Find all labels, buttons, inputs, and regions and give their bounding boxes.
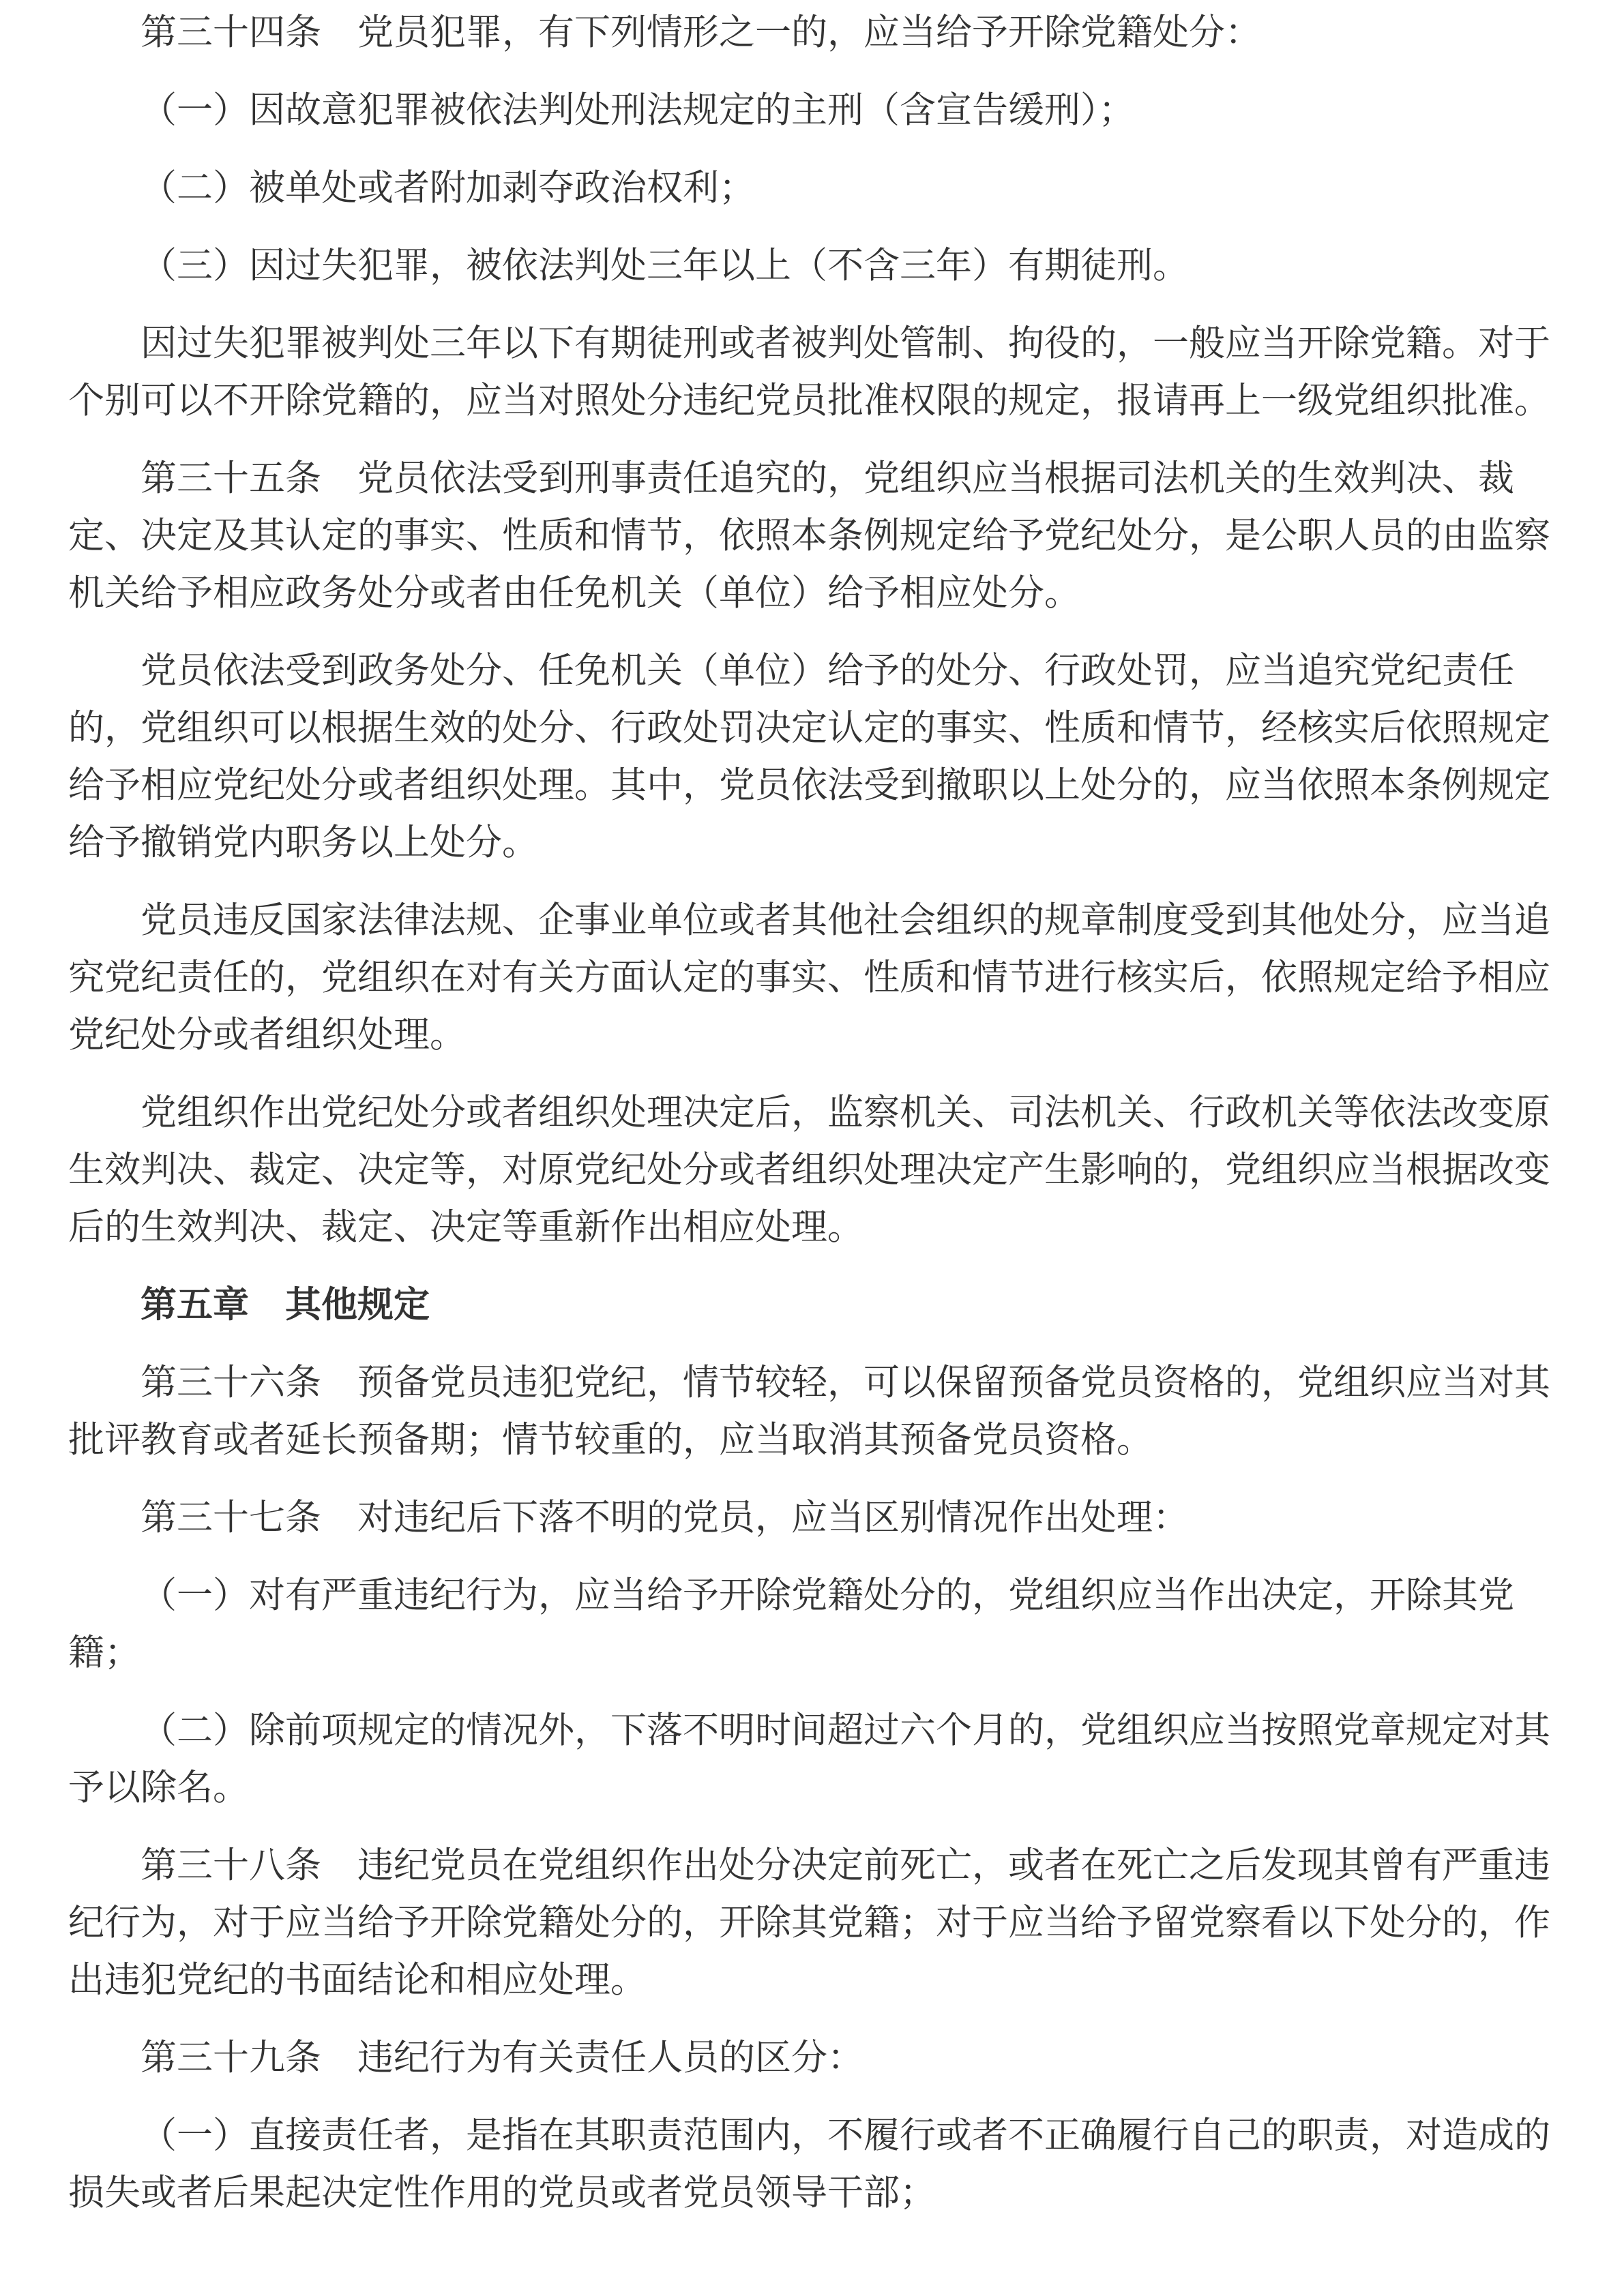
paragraph-article-35-clause-4: 党组织作出党纪处分或者组织处理决定后，监察机关、司法机关、行政机关等依法改变原生… (68, 1084, 1556, 1256)
document-body: 第三十四条 党员犯罪，有下列情形之一的，应当给予开除党籍处分： （一）因故意犯罪… (0, 0, 1624, 2296)
paragraph-item-2: （二）被单处或者附加剥夺政治权利； (68, 160, 1556, 217)
paragraph-article-34-supplement: 因过失犯罪被判处三年以下有期徒刑或者被判处管制、拘役的，一般应当开除党籍。对于个… (68, 315, 1556, 430)
paragraph-item-1: （一）因故意犯罪被依法判处刑法规定的主刑（含宣告缓刑）； (68, 82, 1556, 139)
paragraph-article-37-item-2: （二）除前项规定的情况外，下落不明时间超过六个月的，党组织应当按照党章规定对其予… (68, 1702, 1556, 1817)
chapter-heading: 第五章 其他规定 (68, 1277, 1556, 1334)
paragraph-item-3: （三）因过失犯罪，被依法判处三年以上（不含三年）有期徒刑。 (68, 237, 1556, 295)
paragraph-article-35: 第三十五条 党员依法受到刑事责任追究的，党组织应当根据司法机关的生效判决、裁定、… (68, 450, 1556, 622)
paragraph-article-39: 第三十九条 违纪行为有关责任人员的区分： (68, 2029, 1556, 2087)
paragraph-article-35-clause-3: 党员违反国家法律法规、企事业单位或者其他社会组织的规章制度受到其他处分，应当追究… (68, 892, 1556, 1064)
paragraph-article-37: 第三十七条 对违纪后下落不明的党员，应当区别情况作出处理： (68, 1489, 1556, 1547)
paragraph-article-38: 第三十八条 违纪党员在党组织作出处分决定前死亡，或者在死亡之后发现其曾有严重违纪… (68, 1837, 1556, 2009)
paragraph-article-39-item-1: （一）直接责任者，是指在其职责范围内，不履行或者不正确履行自己的职责，对造成的损… (68, 2107, 1556, 2222)
paragraph-article-36: 第三十六条 预备党员违犯党纪，情节较轻，可以保留预备党员资格的，党组织应当对其批… (68, 1354, 1556, 1469)
paragraph-article-35-clause-2: 党员依法受到政务处分、任免机关（单位）给予的处分、行政处罚，应当追究党纪责任的，… (68, 642, 1556, 871)
paragraph-article-37-item-1: （一）对有严重违纪行为，应当给予开除党籍处分的，党组织应当作出决定，开除其党籍； (68, 1567, 1556, 1682)
paragraph-article-34: 第三十四条 党员犯罪，有下列情形之一的，应当给予开除党籍处分： (68, 4, 1556, 61)
